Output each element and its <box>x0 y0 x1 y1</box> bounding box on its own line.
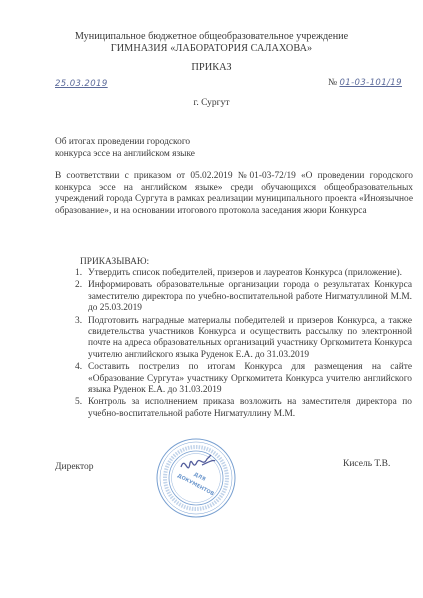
item-text: Утвердить список победителей, призеров и… <box>88 268 402 278</box>
signatory-name: Кисель Т.В. <box>343 459 390 469</box>
list-item: 2. Информировать образовательные организ… <box>72 280 412 314</box>
subject-line-2: конкурса эссе на английском языке <box>55 148 255 160</box>
item-number: 3. <box>75 316 82 327</box>
preamble-paragraph: В соответствии с приказом от 05.02.2019 … <box>55 171 413 218</box>
list-item: 1. Утвердить список победителей, призеро… <box>72 268 412 279</box>
order-subject: Об итогах проведении городского конкурса… <box>55 136 255 160</box>
order-number: № 01-03-101/19 <box>328 78 402 88</box>
item-number: 1. <box>75 268 82 279</box>
item-text: Контроль за исполнением приказа возложит… <box>88 397 412 418</box>
official-stamp-icon: ДЛЯ ДОКУМЕНТОВ <box>155 437 237 519</box>
item-text: Подготовить наградные материалы победите… <box>88 316 412 360</box>
orders-list: 1. Утвердить список победителей, призеро… <box>72 268 412 421</box>
order-date: 25.03.2019 <box>55 79 108 89</box>
item-text: Составить пострелиз по итогам Конкурса д… <box>88 362 412 395</box>
list-item: 5. Контроль за исполнением приказа возло… <box>72 397 412 420</box>
number-sign: № <box>328 78 337 88</box>
organization-name: Муниципальное бюджетное общеобразователь… <box>0 31 423 42</box>
item-text: Информировать образовательные организаци… <box>88 280 412 313</box>
document-type: ПРИКАЗ <box>0 62 423 73</box>
orders-heading: ПРИКАЗЫВАЮ: <box>80 257 149 267</box>
number-value: 01-03-101/19 <box>339 78 401 88</box>
subject-line-1: Об итогах проведении городского <box>55 136 255 148</box>
signatory-role: Директор <box>55 462 94 472</box>
item-number: 5. <box>75 397 82 408</box>
item-number: 4. <box>75 362 82 373</box>
organization-title: ГИМНАЗИЯ «ЛАБОРАТОРИЯ САЛАХОВА» <box>0 43 423 54</box>
city: г. Сургут <box>0 98 423 108</box>
item-number: 2. <box>75 280 82 291</box>
list-item: 4. Составить пострелиз по итогам Конкурс… <box>72 362 412 396</box>
list-item: 3. Подготовить наградные материалы побед… <box>72 316 412 362</box>
